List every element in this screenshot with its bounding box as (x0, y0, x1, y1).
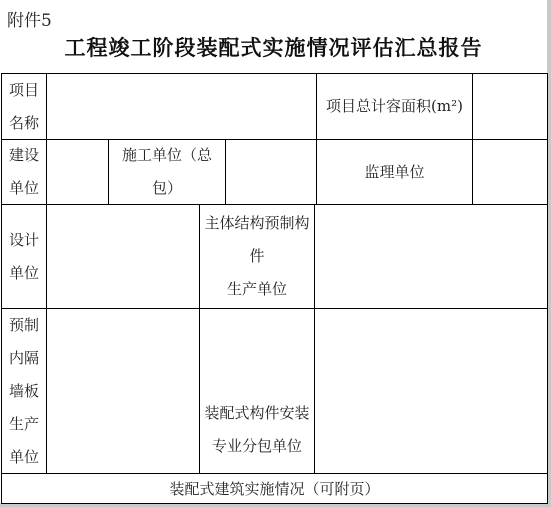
construction-unit-label: 建设 单位 (2, 140, 47, 205)
precast-component-producer-label: 主体结构预制构 件 生产单位 (200, 205, 315, 309)
project-name-value-cell (47, 74, 317, 140)
document-title: 工程竣工阶段装配式实施情况评估汇总报告 (0, 32, 547, 62)
total-floor-area-label: 项目总计容面积(m²) (317, 74, 473, 140)
partition-panel-producer-label: 预制 内隔 墙板 生产 单位 (2, 309, 47, 474)
design-unit-label: 设计 单位 (2, 205, 47, 309)
partition-panel-producer-value-cell (47, 309, 200, 474)
document-page: 附件5 工程竣工阶段装配式实施情况评估汇总报告 项目 名称 项目总计容面积(m²… (0, 0, 547, 503)
construction-unit-value-cell (47, 140, 109, 205)
table-row-design: 设计 单位 主体结构预制构 件 生产单位 (2, 205, 548, 309)
implementation-status-label: 装配式建筑实施情况（可附页） (2, 474, 548, 504)
total-floor-area-value-cell (473, 74, 548, 140)
general-contractor-label: 施工单位（总 包） (109, 140, 226, 205)
table-row-units: 建设 单位 施工单位（总 包） 监理单位 (2, 140, 548, 205)
installation-subcontractor-value-cell (315, 309, 548, 474)
supervision-unit-label: 监理单位 (317, 140, 473, 205)
precast-component-producer-value-cell (315, 205, 548, 309)
installation-subcontractor-label: 装配式构件安装 专业分包单位 (200, 309, 315, 474)
report-form-table: 项目 名称 项目总计容面积(m²) 建设 单位 施工单位（总 包） 监理单位 设… (1, 73, 548, 504)
table-row-producers: 预制 内隔 墙板 生产 单位 装配式构件安装 专业分包单位 (2, 309, 548, 474)
project-name-label: 项目 名称 (2, 74, 47, 140)
general-contractor-value-cell (226, 140, 317, 205)
table-row-project: 项目 名称 项目总计容面积(m²) (2, 74, 548, 140)
attachment-label: 附件5 (7, 6, 52, 31)
supervision-unit-value-cell (473, 140, 548, 205)
table-row-implementation-status: 装配式建筑实施情况（可附页） (2, 474, 548, 504)
design-unit-value-cell (47, 205, 200, 309)
